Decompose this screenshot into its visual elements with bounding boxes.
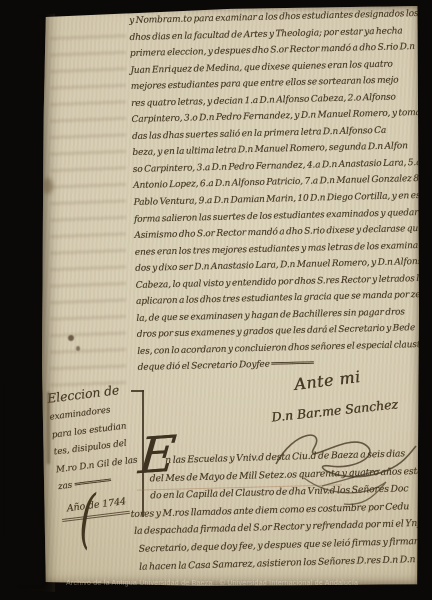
ink-spot [68,335,74,341]
paper-stain [42,178,53,194]
ink-bleedthrough [50,28,126,394]
main-text-block: y Nombram.to para examinar a los dhos es… [129,6,432,377]
ink-spot [76,346,80,351]
manuscript-page: y Nombram.to para examinar a los dhos es… [42,6,419,586]
margin-flourish: ( [78,484,96,552]
second-text-block: n las Escuelas y Vniv.d desta Ciu.d de B… [129,445,432,576]
archive-watermark: Archivo de la Antigua Universidad de Bae… [66,580,358,587]
notary-signature: D.n Bar.me Sanchez [271,396,399,424]
manuscript-scan: y Nombram.to para examinar a los dhos es… [0,0,432,600]
margin-rule-tick [131,390,144,392]
paper-streak [47,392,50,464]
